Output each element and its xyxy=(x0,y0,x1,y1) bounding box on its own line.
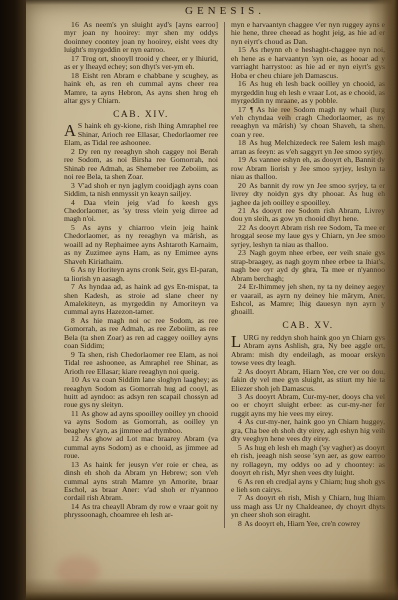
verse-number: 17 xyxy=(71,54,82,63)
verse-number: 7 xyxy=(238,493,245,502)
verse-number: 3 xyxy=(238,392,245,401)
verse-number: 23 xyxy=(238,248,249,257)
chapter-heading: CAB. XV. xyxy=(231,322,385,330)
verse: 13 As haink fer jeusyn v'er roie er chea… xyxy=(64,461,218,503)
verse-number: 6 xyxy=(238,477,244,486)
text-column-right: myn e harvaantyn chaggee v'er nyn ruggey… xyxy=(231,21,385,528)
verse-number: 2 xyxy=(238,367,245,376)
verse-number: 13 xyxy=(71,460,83,469)
verse-number: 18 xyxy=(238,138,249,147)
drop-cap-initial: L xyxy=(231,334,243,350)
verse: 24 Er-lhimmey jeh shen, ny ta ny deiney … xyxy=(231,283,385,317)
verse-number: 8 xyxy=(71,316,80,325)
verse-number: 4 xyxy=(71,198,84,207)
verse: 23 Nagh goym nhee erbee, eer veih snaie … xyxy=(231,249,385,283)
verse: 18 As hug Melchizedeck ree Salem lesh ma… xyxy=(231,139,385,156)
verse: 21 As dooyrt ree Sodom rish Abram, Livre… xyxy=(231,207,385,224)
verse-number: 4 xyxy=(238,417,245,426)
text-column-left: 16 As neem's yn sluight ayd's [ayns earr… xyxy=(64,21,218,528)
book-page: GENESIS. 16 As neem's yn sluight ayd's [… xyxy=(26,0,398,600)
verse: 8 As hie magh noi oc ree Sodom, as ree G… xyxy=(64,317,218,351)
page-text-content: 16 As neem's yn sluight ayd's [ayns earr… xyxy=(64,21,386,528)
verse: 2 Dy ren ny reeaghyn shoh caggey noi Ber… xyxy=(64,148,218,182)
verse: 6 As ren eh credjal ayns y Chiarn; hug s… xyxy=(231,478,385,495)
verse: 3 V'ad shoh er nyn jaglym cooidjagh ayns… xyxy=(64,182,218,199)
verse-number: 11 xyxy=(71,409,81,418)
verse-number: 16 xyxy=(71,20,83,29)
drop-cap-initial: A xyxy=(64,123,78,139)
running-head-title: GENESIS. xyxy=(64,5,386,17)
verse-number: 18 xyxy=(71,71,83,80)
verse: 18 Eisht ren Abram e chabbane y scughey,… xyxy=(64,72,218,106)
verse-number: 7 xyxy=(71,282,78,291)
verse: 2 As dooyrt Abram, Hiarn Yee, cre ver oo… xyxy=(231,368,385,393)
page-edge-bottom xyxy=(26,578,398,600)
verse: 20 As bannit dy row yn Jee smoo syrjey, … xyxy=(231,182,385,207)
verse: 17 Trog ort, shooyll trooid y cheer, er … xyxy=(64,55,218,72)
page-edge-right xyxy=(368,0,398,600)
verse-number: 21 xyxy=(238,206,250,215)
verse: 3 As dooyrt Abram, Cur-my-ner, dooys cha… xyxy=(231,393,385,418)
verse-number: 15 xyxy=(238,45,250,54)
verse: 7 As hyndaa ad, as haink ad gys En-mispa… xyxy=(64,283,218,317)
verse-number: 5 xyxy=(238,443,244,452)
verse: 4 As cur-my-ner, haink goo yn Chiarn hug… xyxy=(231,418,385,443)
verse: 16 As neem's yn sluight ayd's [ayns earr… xyxy=(64,21,218,55)
verse-number: 20 xyxy=(238,181,249,190)
verse-number: 5 xyxy=(71,223,82,232)
verse-number: 16 xyxy=(238,79,250,88)
verse: 11 As ghow ad ayns spooilley ooilley yn … xyxy=(64,410,218,435)
verse: 8 As dooyrt eh, Hiarn Yee, cre'n cowrey xyxy=(231,520,385,528)
verse: 16 As hug eh lesh back ooilley yn chooid… xyxy=(231,80,385,105)
verse-number: 17 xyxy=(238,105,250,114)
verse: 10 As va coan Siddim lane sloghyn laaghe… xyxy=(64,376,218,410)
verse-continuation: myn e harvaantyn chaggee v'er nyn ruggey… xyxy=(231,21,385,46)
verse: 5 As hug eh lesh eh magh ('sy vagher) as… xyxy=(231,444,385,478)
column-divider-rule xyxy=(224,22,225,528)
verse: 5 As ayns y chiarroo vlein jeig haink Ch… xyxy=(64,224,218,266)
verse: 6 As ny Horiteyn ayns cronk Seir, gys El… xyxy=(64,266,218,283)
verse: 7 As dooyrt eh rish, Mish y Chiarn, hug … xyxy=(231,494,385,519)
verse-number: 14 xyxy=(71,502,82,511)
verse-number: 2 xyxy=(71,147,78,156)
verse: 4 Daa vlein jeig v'ad fo keesh gys Chedo… xyxy=(64,199,218,224)
chapter-opening-verse: AS haink eh gy-kione, rish lhing Amraphe… xyxy=(64,122,218,147)
verse-number: 3 xyxy=(71,181,78,190)
verse: 14 As tra cheayll Abram dy row e vraar g… xyxy=(64,503,218,520)
verse-number: 19 xyxy=(238,155,249,164)
verse-number: 9 xyxy=(71,350,78,359)
verse-number: 22 xyxy=(238,223,249,232)
chapter-opening-verse: LURG ny reddyn shoh haink goo yn Chiarn … xyxy=(231,334,385,368)
verse: 15 As rheynn eh e heshaght-chaggee nyn n… xyxy=(231,46,385,80)
verse-number: 10 xyxy=(71,375,82,384)
verse: 9 Ta shen, rish Chedorlaomer ree Elam, a… xyxy=(64,351,218,376)
verse: 19 As vannee eshyn eh, as dooyrt eh, Ban… xyxy=(231,156,385,181)
chapter-heading: CAB. XIV. xyxy=(64,111,218,119)
verse-number: 24 xyxy=(238,282,249,291)
verse-number: 12 xyxy=(71,434,83,443)
verse: 17 ¶ As hie ree Sodom magh ny whail (lur… xyxy=(231,106,385,140)
verse-number: 8 xyxy=(238,519,244,528)
verse-number: 6 xyxy=(71,265,77,274)
book-photo: GENESIS. 16 As neem's yn sluight ayd's [… xyxy=(0,0,398,600)
verse: 12 As ghow ad Lot mac braarey Abram (va … xyxy=(64,435,218,460)
verse: 22 As dooyrt Abram rish ree Sodom, Ta me… xyxy=(231,224,385,249)
